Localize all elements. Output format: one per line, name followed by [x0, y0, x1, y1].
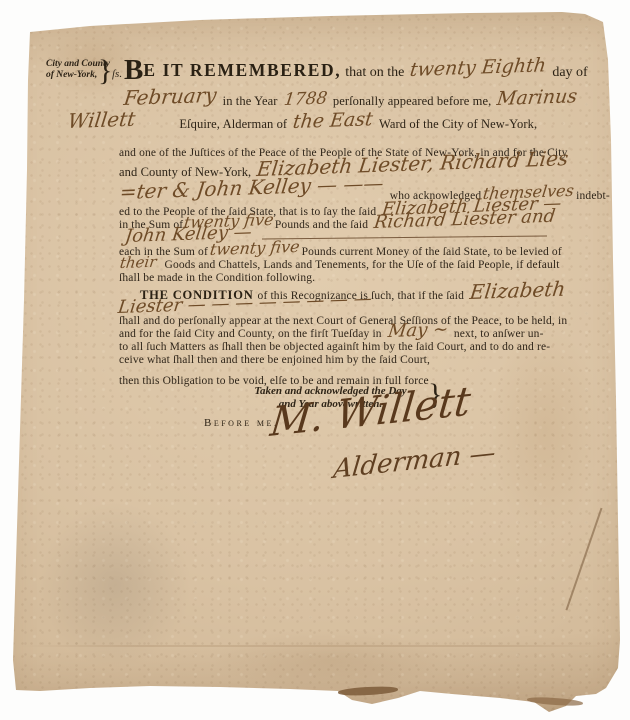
form-line-3: WillettEſquire, Alderman ofthe EastWard …	[62, 117, 537, 131]
printed-segment: E IT REMEMBERED,	[143, 60, 341, 80]
printed-segment: day of	[552, 65, 587, 80]
handwritten-segment: Richard Liester and	[374, 217, 555, 223]
handwritten-segment: Elizabeth	[470, 289, 565, 292]
handwritten-segment: twenty five	[210, 247, 300, 250]
handwritten-segment: =ter & John Kelley — ——	[120, 183, 384, 192]
printed-segment: that on the	[345, 65, 404, 80]
handwritten-segment: twenty Eighth	[410, 65, 546, 70]
form-line-9: John Kelley —	[119, 231, 547, 245]
document-scan: City and County of New-York, } ſs. BE IT…	[0, 0, 630, 720]
form-line-18: ceive what ſhall then and there be enjoi…	[119, 352, 430, 367]
venue-ss: ſs.	[112, 66, 122, 81]
printed-segment: indebt-	[576, 190, 610, 202]
handwritten-segment: Willett	[68, 119, 135, 121]
form-line-12: ſhall be made in the Condition following…	[119, 270, 315, 285]
ss-abbreviation: ſs.	[112, 68, 122, 80]
venue-line2: of New-York,	[46, 70, 97, 80]
handwritten-segment: Liester — — — — — — — —	[118, 299, 372, 308]
handwritten-segment: John Kelley —	[125, 233, 252, 237]
brace-glyph: }	[98, 54, 112, 87]
document-content: City and County of New-York, } ſs. BE IT…	[0, 0, 630, 720]
signature-title-text: Alderman —	[332, 437, 497, 485]
printed-segment: ceive what ſhall then and there be enjoi…	[119, 354, 430, 366]
printed-segment: Ward of the City of New-York,	[379, 117, 537, 131]
handwritten-segment: February	[124, 95, 217, 98]
handwritten-segment: 1788	[284, 98, 327, 100]
printed-segment: Pounds and the ſaid	[275, 219, 368, 231]
printed-segment: ſhall be made in the Condition following…	[119, 272, 315, 284]
printed-segment: perſonally appeared before me,	[333, 94, 491, 108]
signature-title: Alderman —	[332, 437, 497, 485]
form-line-1: BE IT REMEMBERED, that on thetwenty Eigh…	[124, 63, 588, 80]
form-line-2: Februaryin the Year1788perſonally appear…	[118, 94, 584, 108]
handwritten-segment: May ~	[388, 330, 448, 332]
handwritten-rule	[262, 236, 547, 240]
drop-capital: B	[124, 54, 143, 86]
handwritten-segment: the East	[293, 119, 373, 122]
handwritten-segment: Marinus	[497, 96, 577, 99]
printed-segment: Eſquire, Alderman of	[179, 117, 287, 131]
before-me-label: Before me.	[204, 415, 279, 430]
printed-segment: in the Year	[223, 94, 278, 108]
venue-brace: }	[98, 69, 112, 83]
handwritten-segment: Elizabeth Liester, Richard Lies	[257, 158, 568, 169]
handwritten-segment: their	[120, 262, 157, 263]
